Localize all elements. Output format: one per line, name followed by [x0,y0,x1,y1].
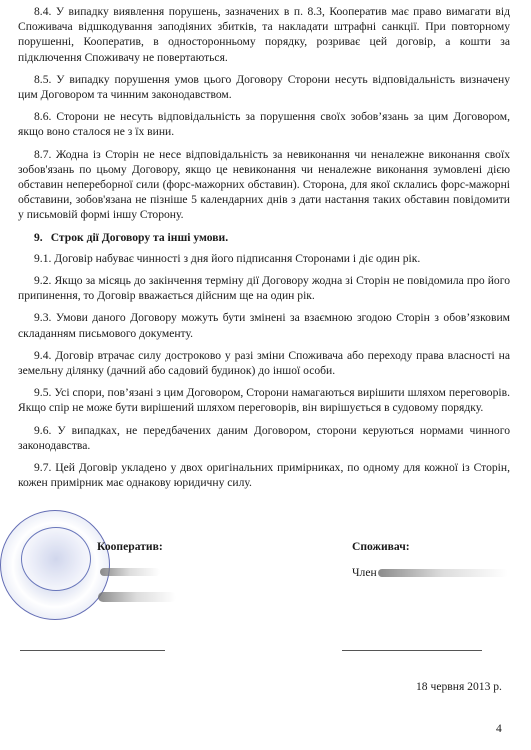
paragraph-9-2: 9.2. Якщо за місяць до закінчення термін… [18,273,510,303]
paragraph-9-1: 9.1. Договір набуває чинності з дня його… [18,251,510,266]
paragraph-9-5: 9.5. Усі спори, пов’язані з цим Договоро… [18,385,510,415]
paragraph-8-5: 8.5. У випадку порушення умов цього Дого… [18,72,510,102]
section-title: Строк дії Договору та інші умови. [51,231,228,244]
cooperative-label: Кооператив: [97,540,163,553]
consumer-label: Споживач: [352,540,410,553]
document-date: 18 червня 2013 р. [416,680,502,693]
consumer-member-label: Член [352,566,377,579]
cooperative-stamp [0,510,110,620]
document-page: 8.4. У випадку виявлення порушень, зазна… [18,4,510,497]
cooperative-signature-line [20,650,165,651]
paragraph-8-6: 8.6. Сторони не несуть відповідальність … [18,109,510,139]
stamp-inner-ring [21,527,91,591]
consumer-signature-line [342,650,482,651]
paragraph-9-4: 9.4. Договір втрачає силу достроково у р… [18,348,510,378]
cooperative-signature-scribble [100,568,160,576]
paragraph-9-3: 9.3. Умови даного Договору можуть бути з… [18,310,510,340]
consumer-signature-scribble [378,569,508,577]
paragraph-9-7: 9.7. Цей Договір укладено у двох оригіна… [18,460,510,490]
section-9-heading: 9.Строк дії Договору та інші умови. [34,230,510,245]
page-number: 4 [496,722,502,735]
cooperative-signature-scribble-2 [98,592,176,602]
paragraph-8-7: 8.7. Жодна із Сторін не несе відповідаль… [18,147,510,223]
paragraph-8-4: 8.4. У випадку виявлення порушень, зазна… [18,4,510,65]
section-number: 9. [34,231,43,244]
paragraph-9-6: 9.6. У випадках, не передбачених даним Д… [18,423,510,453]
